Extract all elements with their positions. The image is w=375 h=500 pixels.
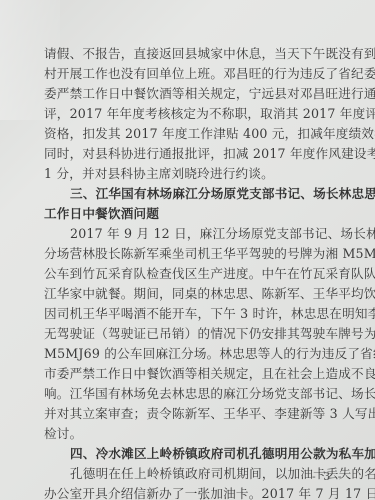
body-line: 江华家中就餐。期间，同桌的林忠思、陈新军、王华平均饮酒。 bbox=[44, 284, 344, 304]
body-line: 因司机王华平喝酒不能开车，下午 3 时许，林忠思在明知李建新 bbox=[44, 304, 344, 324]
page-number: - 3 - bbox=[312, 470, 343, 483]
body-line: 市委严禁工作日中餐饮酒等相关规定，且在社会上造成不良影 bbox=[44, 364, 344, 384]
body-line: 无驾驶证（驾驶证已吊销）的情况下仍安排其驾驶车牌号为湘 bbox=[44, 324, 344, 344]
body-line: 同时，对县科协进行通报批评，扣减 2017 年度作风建设考核分 bbox=[44, 144, 344, 164]
body-line: 分场营林股长陈新军乘坐司机王华平驾驶的号牌为湘 M5MJ69 的 bbox=[44, 244, 344, 264]
body-line: 评，2017 年年度考核核定为不称职，取消其 2017 年度评先评优 bbox=[44, 104, 344, 124]
body-line: 响。江华国有林场免去林忠思的麻江分场党支部书记、场长职务， bbox=[44, 384, 344, 404]
body-line: 1 分，并对县科协主席刘晓玲进行约谈。 bbox=[44, 164, 344, 184]
body-line: 2017 年 9 月 12 日，麻江分场原党支部书记、场长林忠思与 bbox=[44, 224, 344, 244]
body-line: 检讨。 bbox=[44, 424, 344, 444]
body-line: 孔德明在任上岭桥镇政府司机期间，以加油卡丢失的名义到 bbox=[44, 464, 344, 484]
body-line: 办公室开具介绍信新办了一张加油卡。2017 年 7 月 17 日，孔德 bbox=[44, 484, 344, 500]
section-heading-4: 四、冷水滩区上岭桥镇政府司机孔德明用公款为私车加油问题 bbox=[44, 444, 344, 464]
document-page: 请假、不报告，直接返回县城家中休息，当天下午既没有到所驻 村开展工作也没有回单位… bbox=[44, 44, 344, 500]
body-line: M5MJ69 的公车回麻江分场。林忠思等人的行为违反了省纪委、 bbox=[44, 344, 344, 364]
body-line: 村开展工作也没有回单位上班。邓昌旺的行为违反了省纪委、市 bbox=[44, 64, 344, 84]
section-heading-3: 三、江华国有林场麻江分场原党支部书记、场长林忠思等人 bbox=[44, 184, 344, 204]
body-line: 委严禁工作日中餐饮酒等相关规定，宁远县对邓昌旺进行通报批 bbox=[44, 84, 344, 104]
body-line: 请假、不报告，直接返回县城家中休息，当天下午既没有到所驻 bbox=[44, 44, 344, 64]
body-line: 公车到竹瓦采育队检查伐区生产进度。中午在竹瓦采育队队长付 bbox=[44, 264, 344, 284]
section-heading-3-cont: 工作日中餐饮酒问题 bbox=[44, 204, 344, 224]
body-line: 并对其立案审查；责令陈新军、王华平、李建新等 3 人写出深刻 bbox=[44, 404, 344, 424]
body-line: 资格，扣发其 2017 年度工作津贴 400 元，扣减年度绩效考核奖。 bbox=[44, 124, 344, 144]
